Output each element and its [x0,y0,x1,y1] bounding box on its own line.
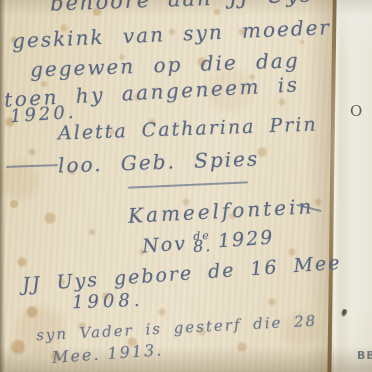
photo-vignette [0,0,372,372]
flyleaf-photo: O BB behoore aan JJ Uys geskink van syn … [0,0,372,372]
